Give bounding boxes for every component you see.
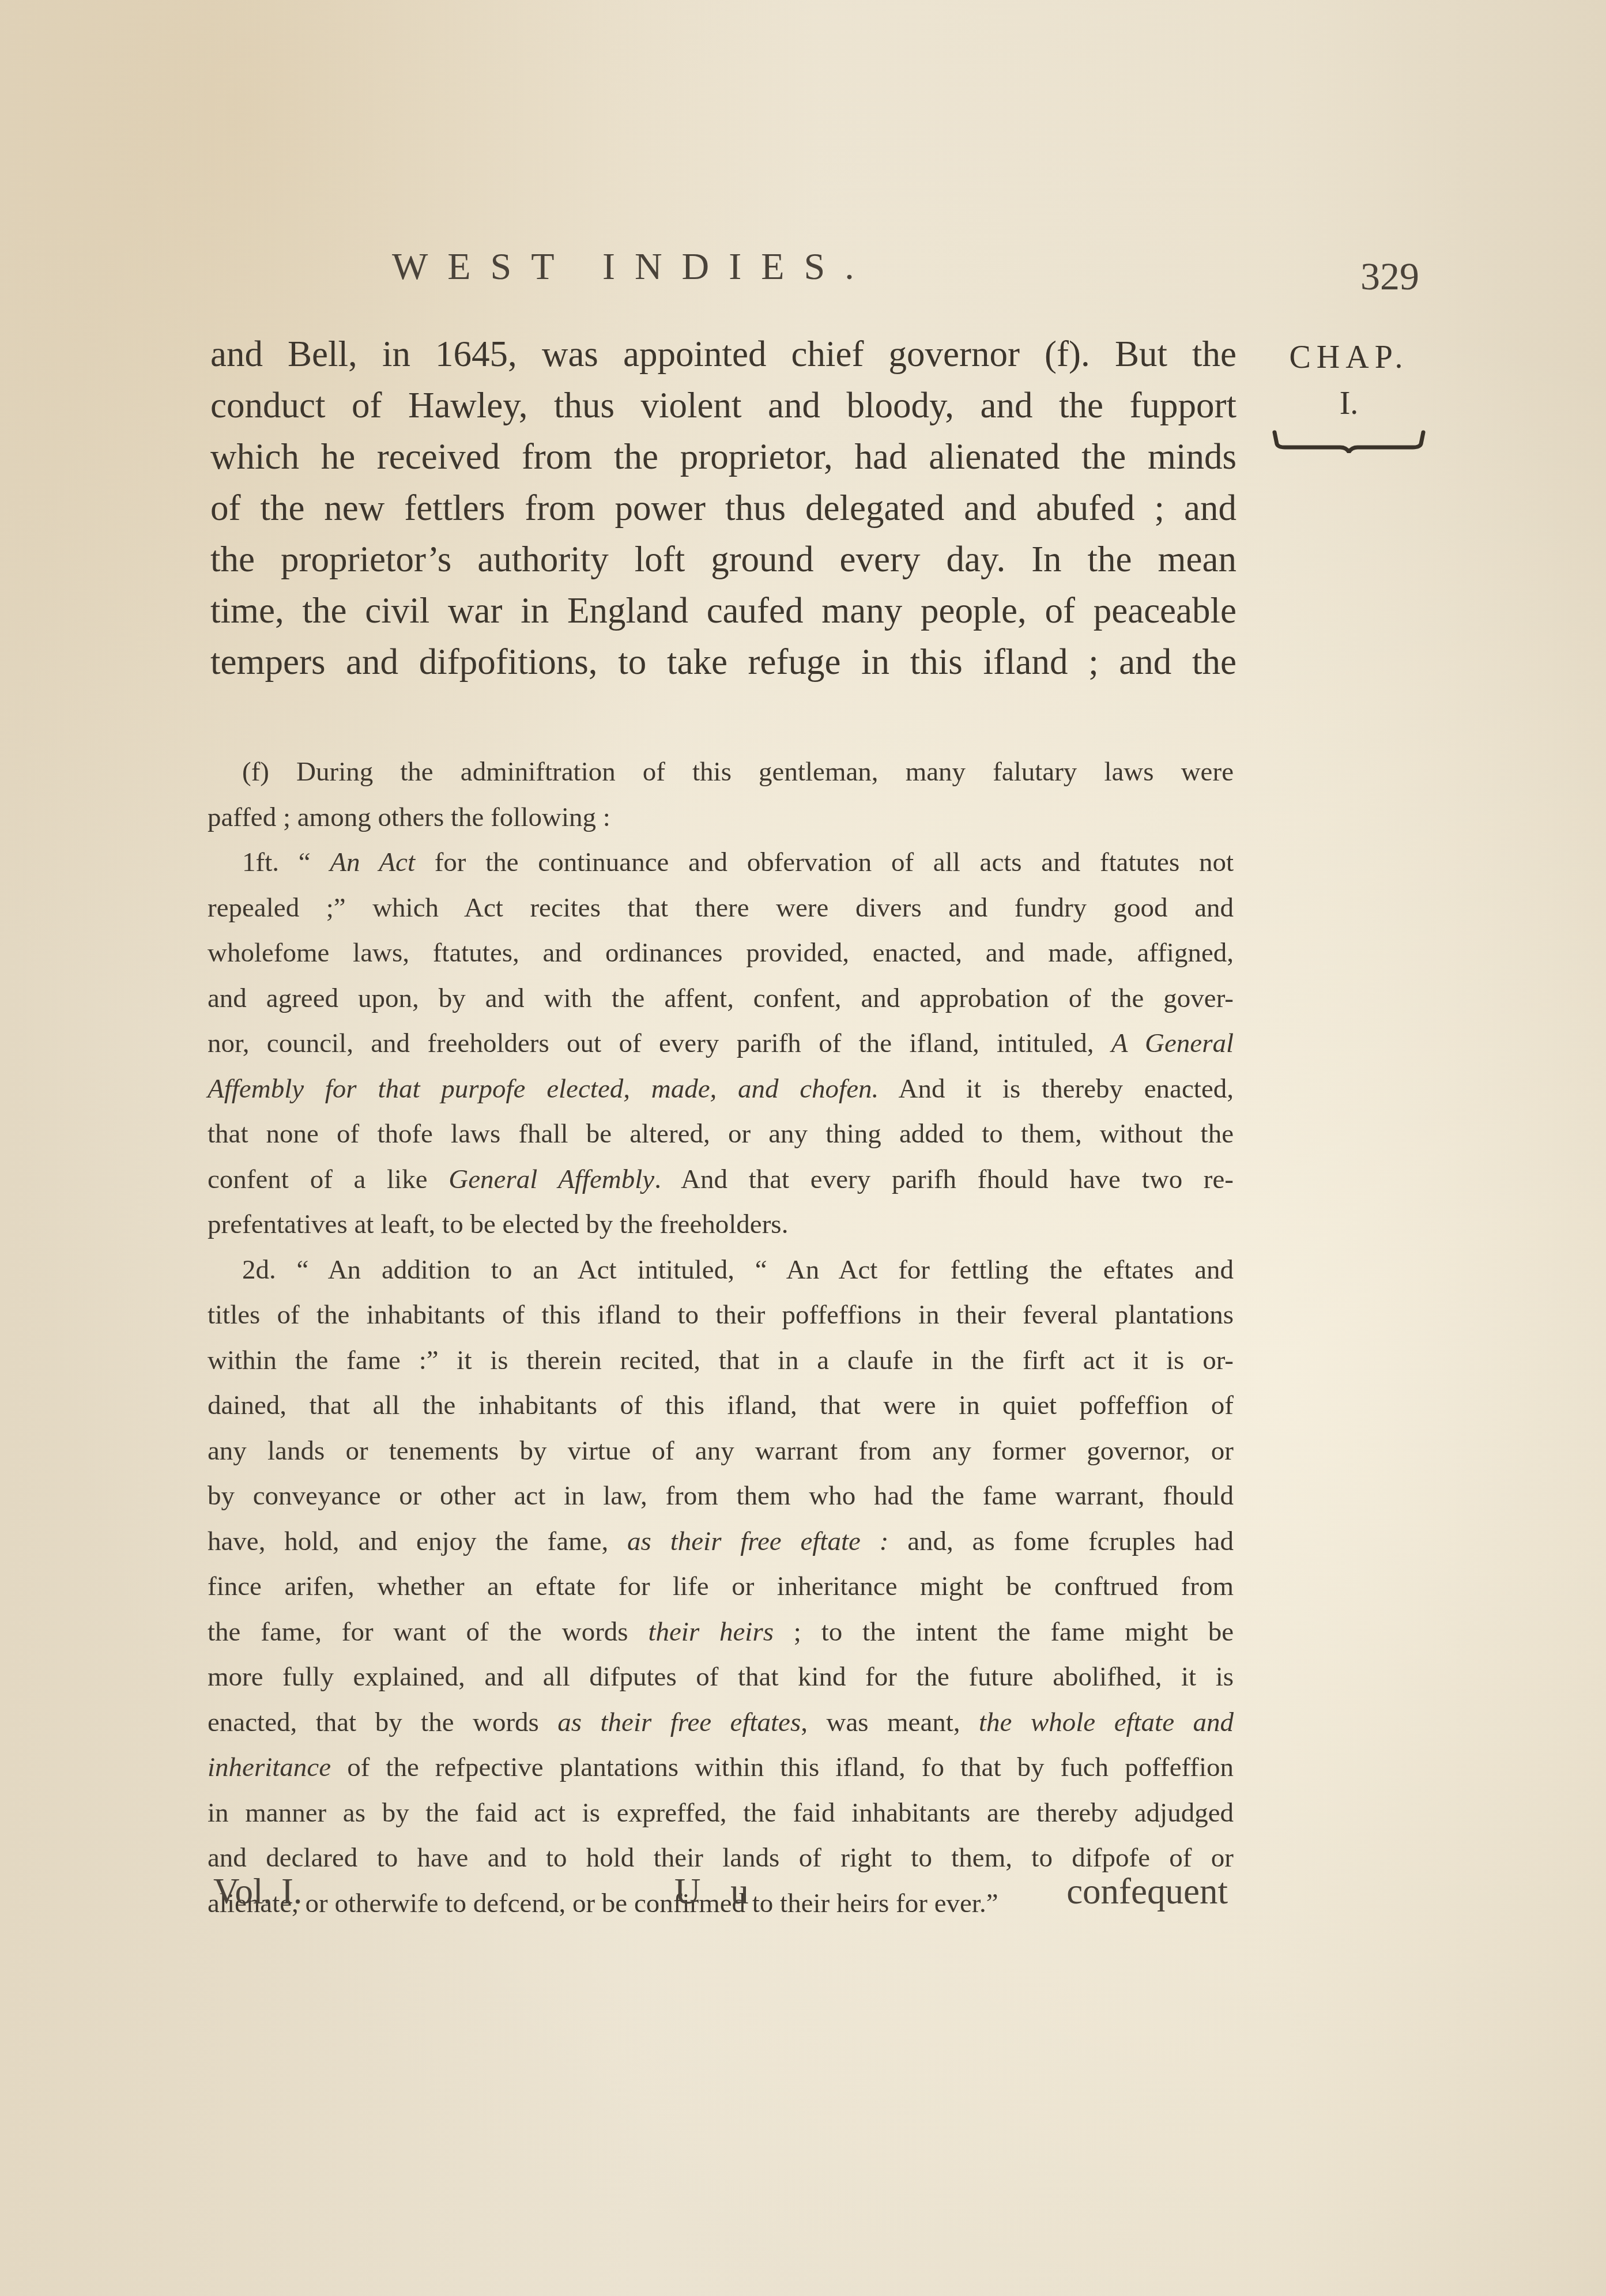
body-text-line: conduct of Hawley, thus violent and bloo… bbox=[210, 380, 1236, 431]
italic-phrase: A General bbox=[1111, 1028, 1234, 1058]
italic-phrase: the whole eftate and bbox=[979, 1707, 1234, 1737]
footnote-line: enacted, that by the words as their free… bbox=[208, 1700, 1234, 1745]
italic-phrase: inheritance bbox=[208, 1752, 331, 1782]
text-run: and, as fome fcruples had bbox=[888, 1526, 1234, 1556]
body-text-line: tempers and difpofitions, to take refuge… bbox=[210, 636, 1236, 688]
footnote-line: dained, that all the inhabitants of this… bbox=[208, 1383, 1234, 1428]
text-run: the fame, for want of the words bbox=[208, 1617, 648, 1647]
italic-phrase: as their free eftates bbox=[557, 1707, 801, 1737]
footnote-line: in manner as by the faid act is expreffe… bbox=[208, 1790, 1234, 1836]
text-run: And it is thereby enacted, bbox=[879, 1074, 1234, 1104]
footnote-line: wholefome laws, ftatutes, and ordinances… bbox=[208, 930, 1234, 976]
italic-phrase: as their free eftate : bbox=[627, 1526, 888, 1556]
text-run: 1ft. “ bbox=[242, 847, 330, 877]
footnote-line: 1ft. “ An Act for the continuance and ob… bbox=[208, 840, 1234, 885]
footnote-line: that none of thofe laws fhall be altered… bbox=[208, 1111, 1234, 1157]
text-run: ; to the intent the fame might be bbox=[774, 1617, 1234, 1647]
running-title: WEST INDIES. bbox=[392, 245, 874, 289]
footnote-line: paffed ; among others the following : bbox=[208, 795, 1234, 840]
footnote-line: inheritance of the refpective plantation… bbox=[208, 1745, 1234, 1790]
signature-mark: U u bbox=[674, 1871, 759, 1913]
italic-phrase: Affembly for that purpofe elected, made,… bbox=[208, 1074, 879, 1104]
text-run: . And that every parifh fhould have two … bbox=[654, 1164, 1234, 1194]
text-run: enacted, that by the words bbox=[208, 1707, 557, 1737]
footnote-line: repealed ;” which Act recites that there… bbox=[208, 885, 1234, 931]
footnote-line: by conveyance or other act in law, from … bbox=[208, 1473, 1234, 1519]
footnote-line: confent of a like General Affembly. And … bbox=[208, 1157, 1234, 1202]
italic-phrase: An Act bbox=[330, 847, 415, 877]
page-number: 329 bbox=[1360, 254, 1419, 299]
volume-label: Vol. I. bbox=[213, 1871, 303, 1913]
footnote-line: more fully explained, and all difputes o… bbox=[208, 1654, 1234, 1700]
catchword: confequent bbox=[1066, 1871, 1228, 1913]
book-page: WEST INDIES. 329 and Bell, in 1645, was … bbox=[0, 0, 1606, 2296]
footnote-line: nor, council, and freeholders out of eve… bbox=[208, 1021, 1234, 1066]
text-run: for the continuance and obfervation of a… bbox=[415, 847, 1234, 877]
footnote-line: and agreed upon, by and with the affent,… bbox=[208, 976, 1234, 1021]
italic-phrase: their heirs bbox=[648, 1617, 774, 1647]
body-text-line: time, the civil war in England caufed ma… bbox=[210, 585, 1236, 636]
footnotes: (f) During the adminiftration of this ge… bbox=[208, 749, 1234, 1926]
main-body-text: and Bell, in 1645, was appointed chief g… bbox=[210, 329, 1236, 688]
body-text-line: of the new fettlers from power thus dele… bbox=[210, 482, 1236, 534]
footnote-line: any lands or tenements by virtue of any … bbox=[208, 1428, 1234, 1474]
brace-ornament-icon bbox=[1271, 430, 1427, 453]
footnote-line: fince arifen, whether an eftate for life… bbox=[208, 1564, 1234, 1609]
text-run: , was meant, bbox=[801, 1707, 979, 1737]
text-run: nor, council, and freeholders out of eve… bbox=[208, 1028, 1111, 1058]
footnote-line: the fame, for want of the words their he… bbox=[208, 1609, 1234, 1655]
footnote-line: (f) During the adminiftration of this ge… bbox=[208, 749, 1234, 795]
page-footer: Vol. I. U u confequent bbox=[213, 1871, 1228, 1917]
margin-note: CHAP. I. bbox=[1268, 334, 1430, 453]
body-text-line: and Bell, in 1645, was appointed chief g… bbox=[210, 329, 1236, 380]
footnote-line: Affembly for that purpofe elected, made,… bbox=[208, 1066, 1234, 1112]
footnote-line: within the fame :” it is therein recited… bbox=[208, 1338, 1234, 1383]
text-run: of the refpective plantations within thi… bbox=[331, 1752, 1234, 1782]
body-text-line: the proprietor’s authority loft ground e… bbox=[210, 534, 1236, 585]
body-text-line: which he received from the proprietor, h… bbox=[210, 431, 1236, 482]
footnote-line: titles of the inhabitants of this ifland… bbox=[208, 1292, 1234, 1338]
text-run: have, hold, and enjoy the fame, bbox=[208, 1526, 627, 1556]
footnote-line: prefentatives at leaft, to be elected by… bbox=[208, 1202, 1234, 1247]
chapter-label: CHAP. bbox=[1268, 334, 1430, 380]
italic-phrase: General Affembly bbox=[448, 1164, 654, 1194]
footnote-line: have, hold, and enjoy the fame, as their… bbox=[208, 1519, 1234, 1564]
footnote-line: 2d. “ An addition to an Act intituled, “… bbox=[208, 1247, 1234, 1293]
chapter-number: I. bbox=[1268, 380, 1430, 427]
text-run: confent of a like bbox=[208, 1164, 448, 1194]
